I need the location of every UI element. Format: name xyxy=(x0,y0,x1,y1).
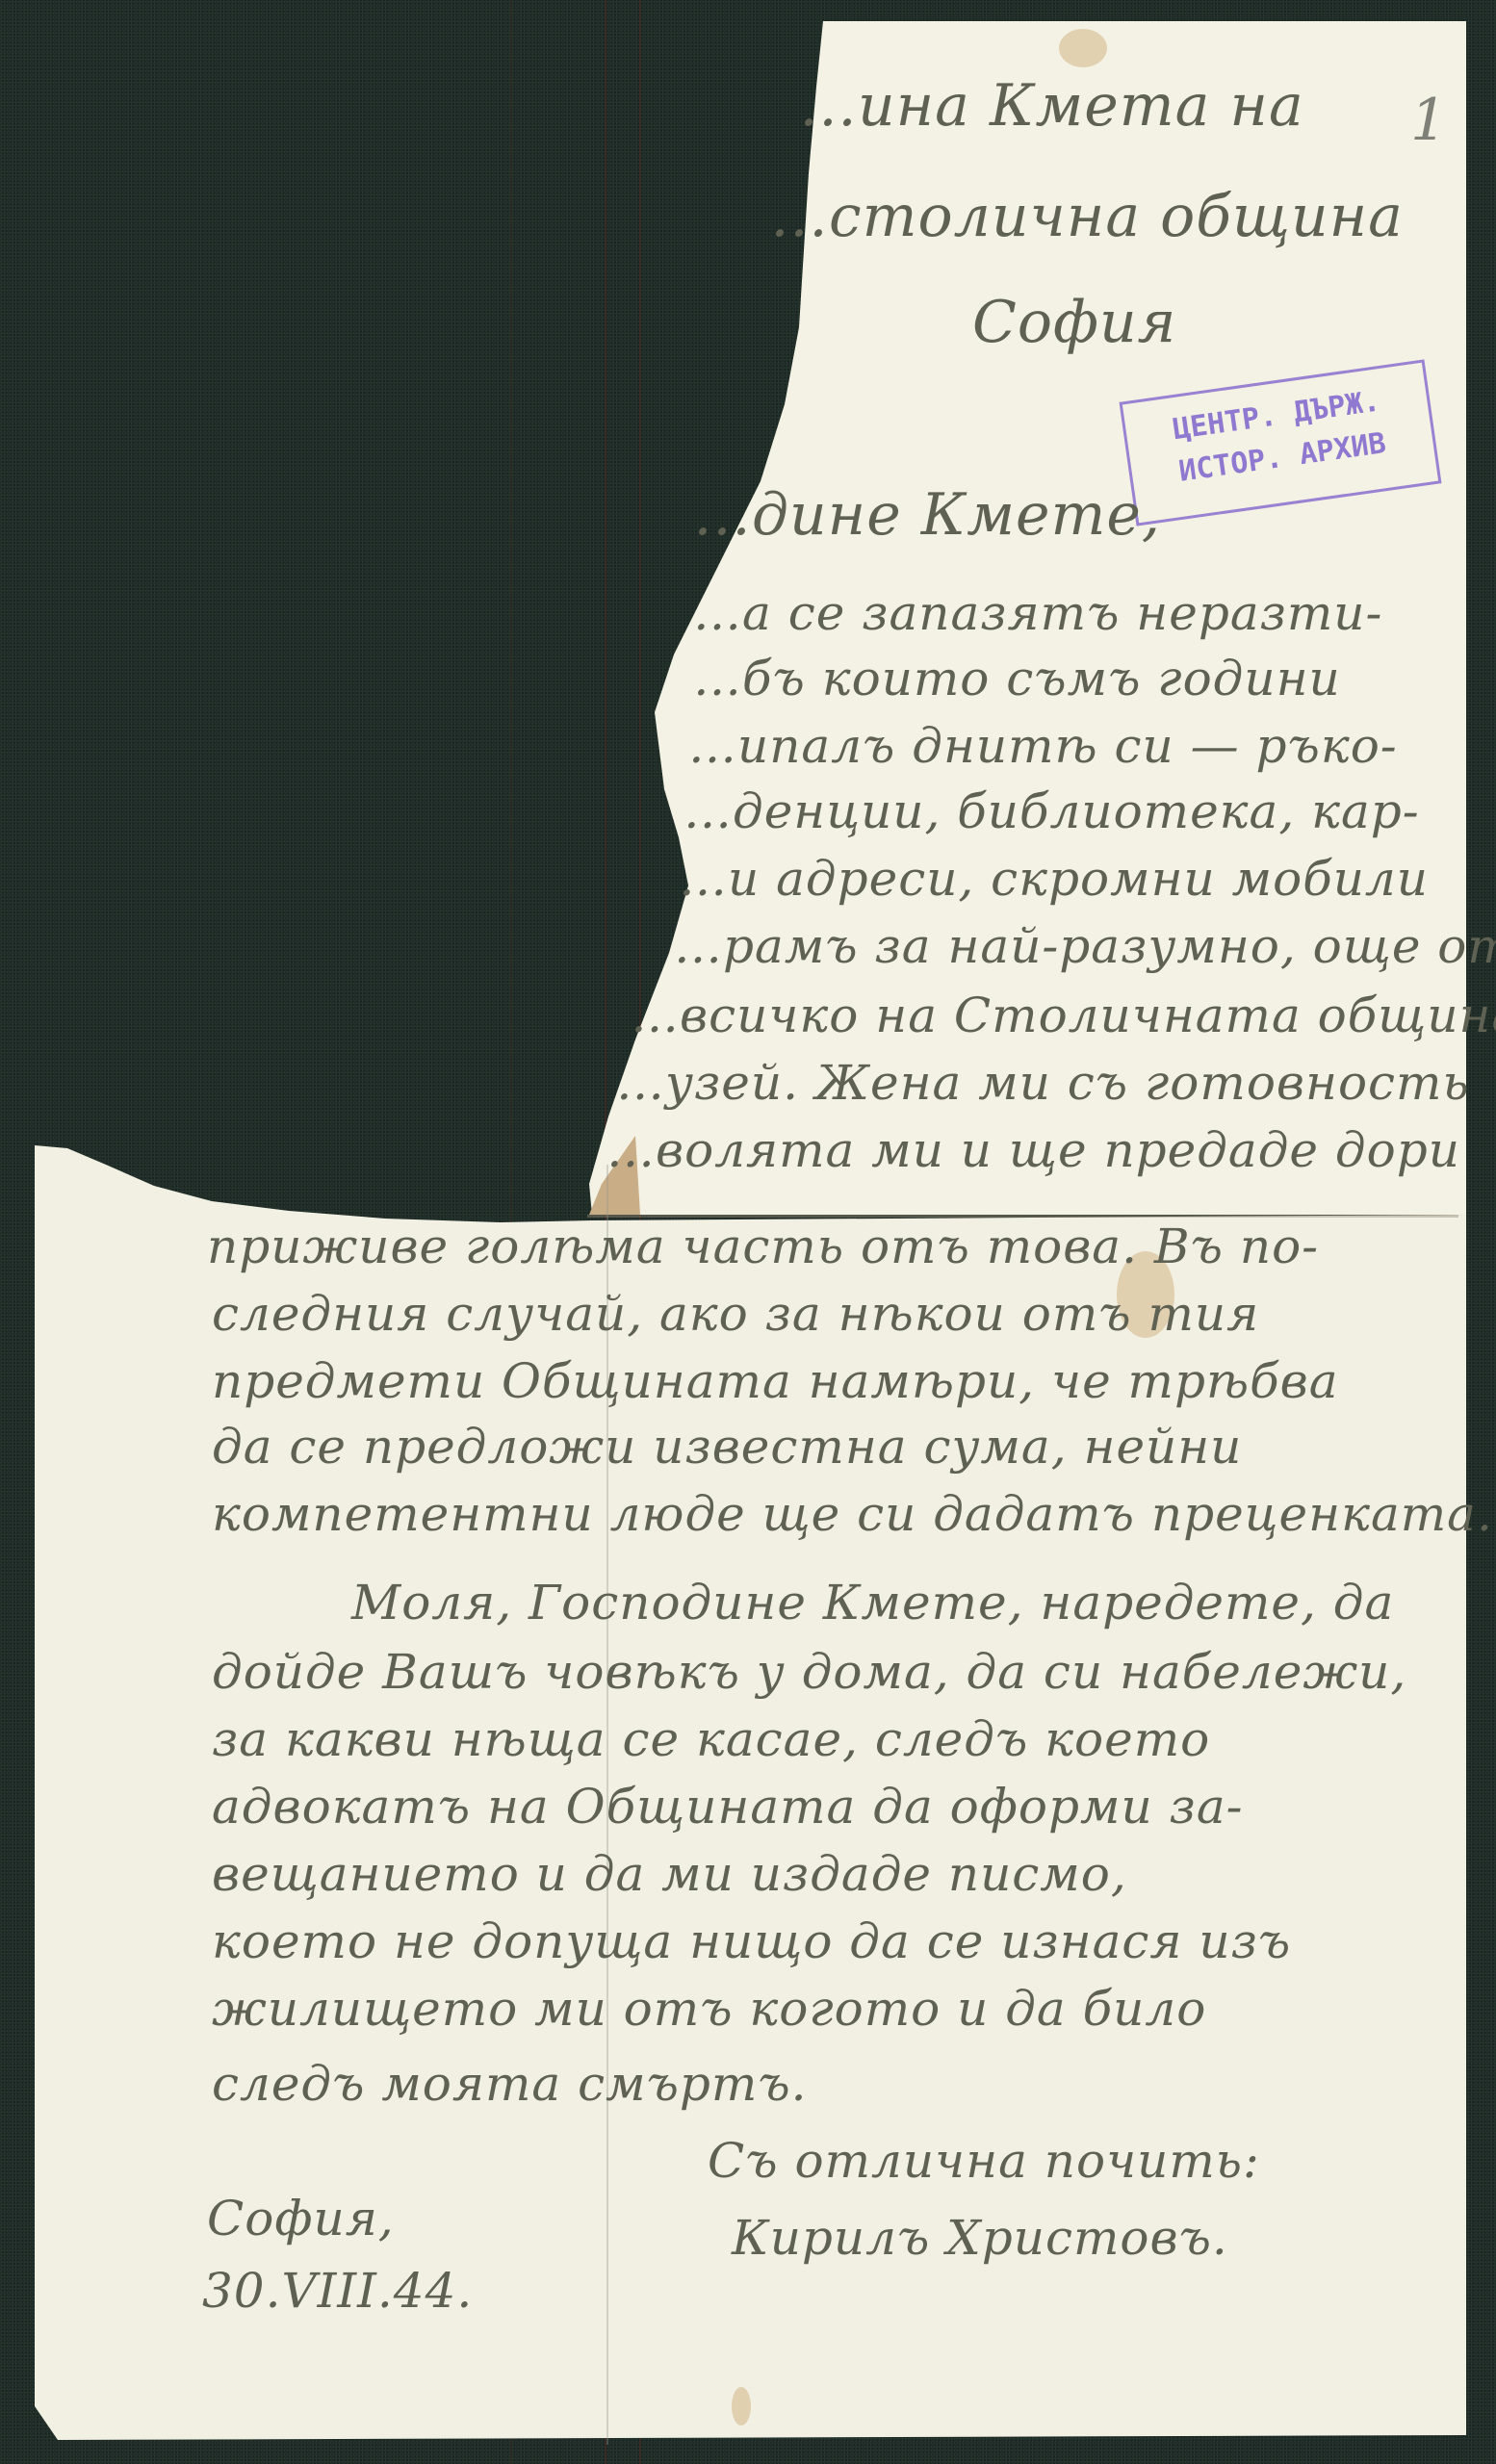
body-line: което не допуща нищо да се изнася изъ xyxy=(212,1917,1291,1965)
body-line: адвокатъ на Общината да оформи за- xyxy=(212,1783,1244,1831)
address-line-2: …столична община xyxy=(770,188,1404,245)
body-line: вещанието и да ми издаде писмо, xyxy=(212,1850,1127,1898)
body-line: …ипалъ днитѣ си — ръко- xyxy=(688,722,1398,770)
body-line: …бъ които съмъ години xyxy=(693,654,1341,703)
body-line: …денции, библиотека, кар- xyxy=(684,787,1420,835)
body-line: Моля, Господине Кмете, наредете, да xyxy=(351,1578,1394,1627)
address-line-1: …ина Кмета на xyxy=(799,77,1304,135)
archive-stamp: ЦЕНТР. ДЪРЖ. ИСТОР. АРХИВ xyxy=(1120,359,1442,526)
closing: Съ отлична почить: xyxy=(708,2137,1260,2185)
body-line: приживе голѣма часть отъ това. Въ по- xyxy=(207,1222,1319,1270)
body-line: жилището ми отъ когото и да било xyxy=(212,1985,1206,2033)
body-line: компетентни люде ще си дадатъ преценката… xyxy=(212,1490,1493,1538)
place: София, xyxy=(207,2194,395,2243)
body-line: следъ моята смъртъ. xyxy=(212,2060,808,2108)
body-line: …узей. Жена ми съ готовность xyxy=(616,1059,1470,1107)
signature: Кирилъ Христовъ. xyxy=(732,2214,1228,2262)
letter: 1 …ина Кмета на …столична община София Ц… xyxy=(0,0,1496,2464)
body-line: следния случай, ако за нѣкои отъ тия xyxy=(212,1290,1259,1338)
body-line: за какви нѣща се касае, следъ което xyxy=(212,1715,1210,1763)
body-line: …волята ми и ще предаде дори xyxy=(606,1126,1460,1174)
body-line: …и адреси, скромни мобили xyxy=(679,855,1429,903)
address-line-3: София xyxy=(972,294,1176,351)
body-line: дойде Вашъ човѣкъ у дома, да си набележи… xyxy=(212,1648,1406,1696)
body-line: …а се запазятъ неразти- xyxy=(693,589,1382,637)
date: 30.VIII.44. xyxy=(202,2267,473,2315)
body-line: …рамъ за най-разумно, още отъ xyxy=(674,922,1496,970)
page-number: 1 xyxy=(1410,91,1448,149)
body-line: предмети Общината намѣри, че трѣбва xyxy=(212,1357,1339,1405)
salutation: …дине Кмете, xyxy=(693,486,1161,544)
body-line: да се предложи известна сума, нейни xyxy=(212,1423,1242,1471)
body-line: …всичко на Столичната община xyxy=(631,991,1496,1039)
